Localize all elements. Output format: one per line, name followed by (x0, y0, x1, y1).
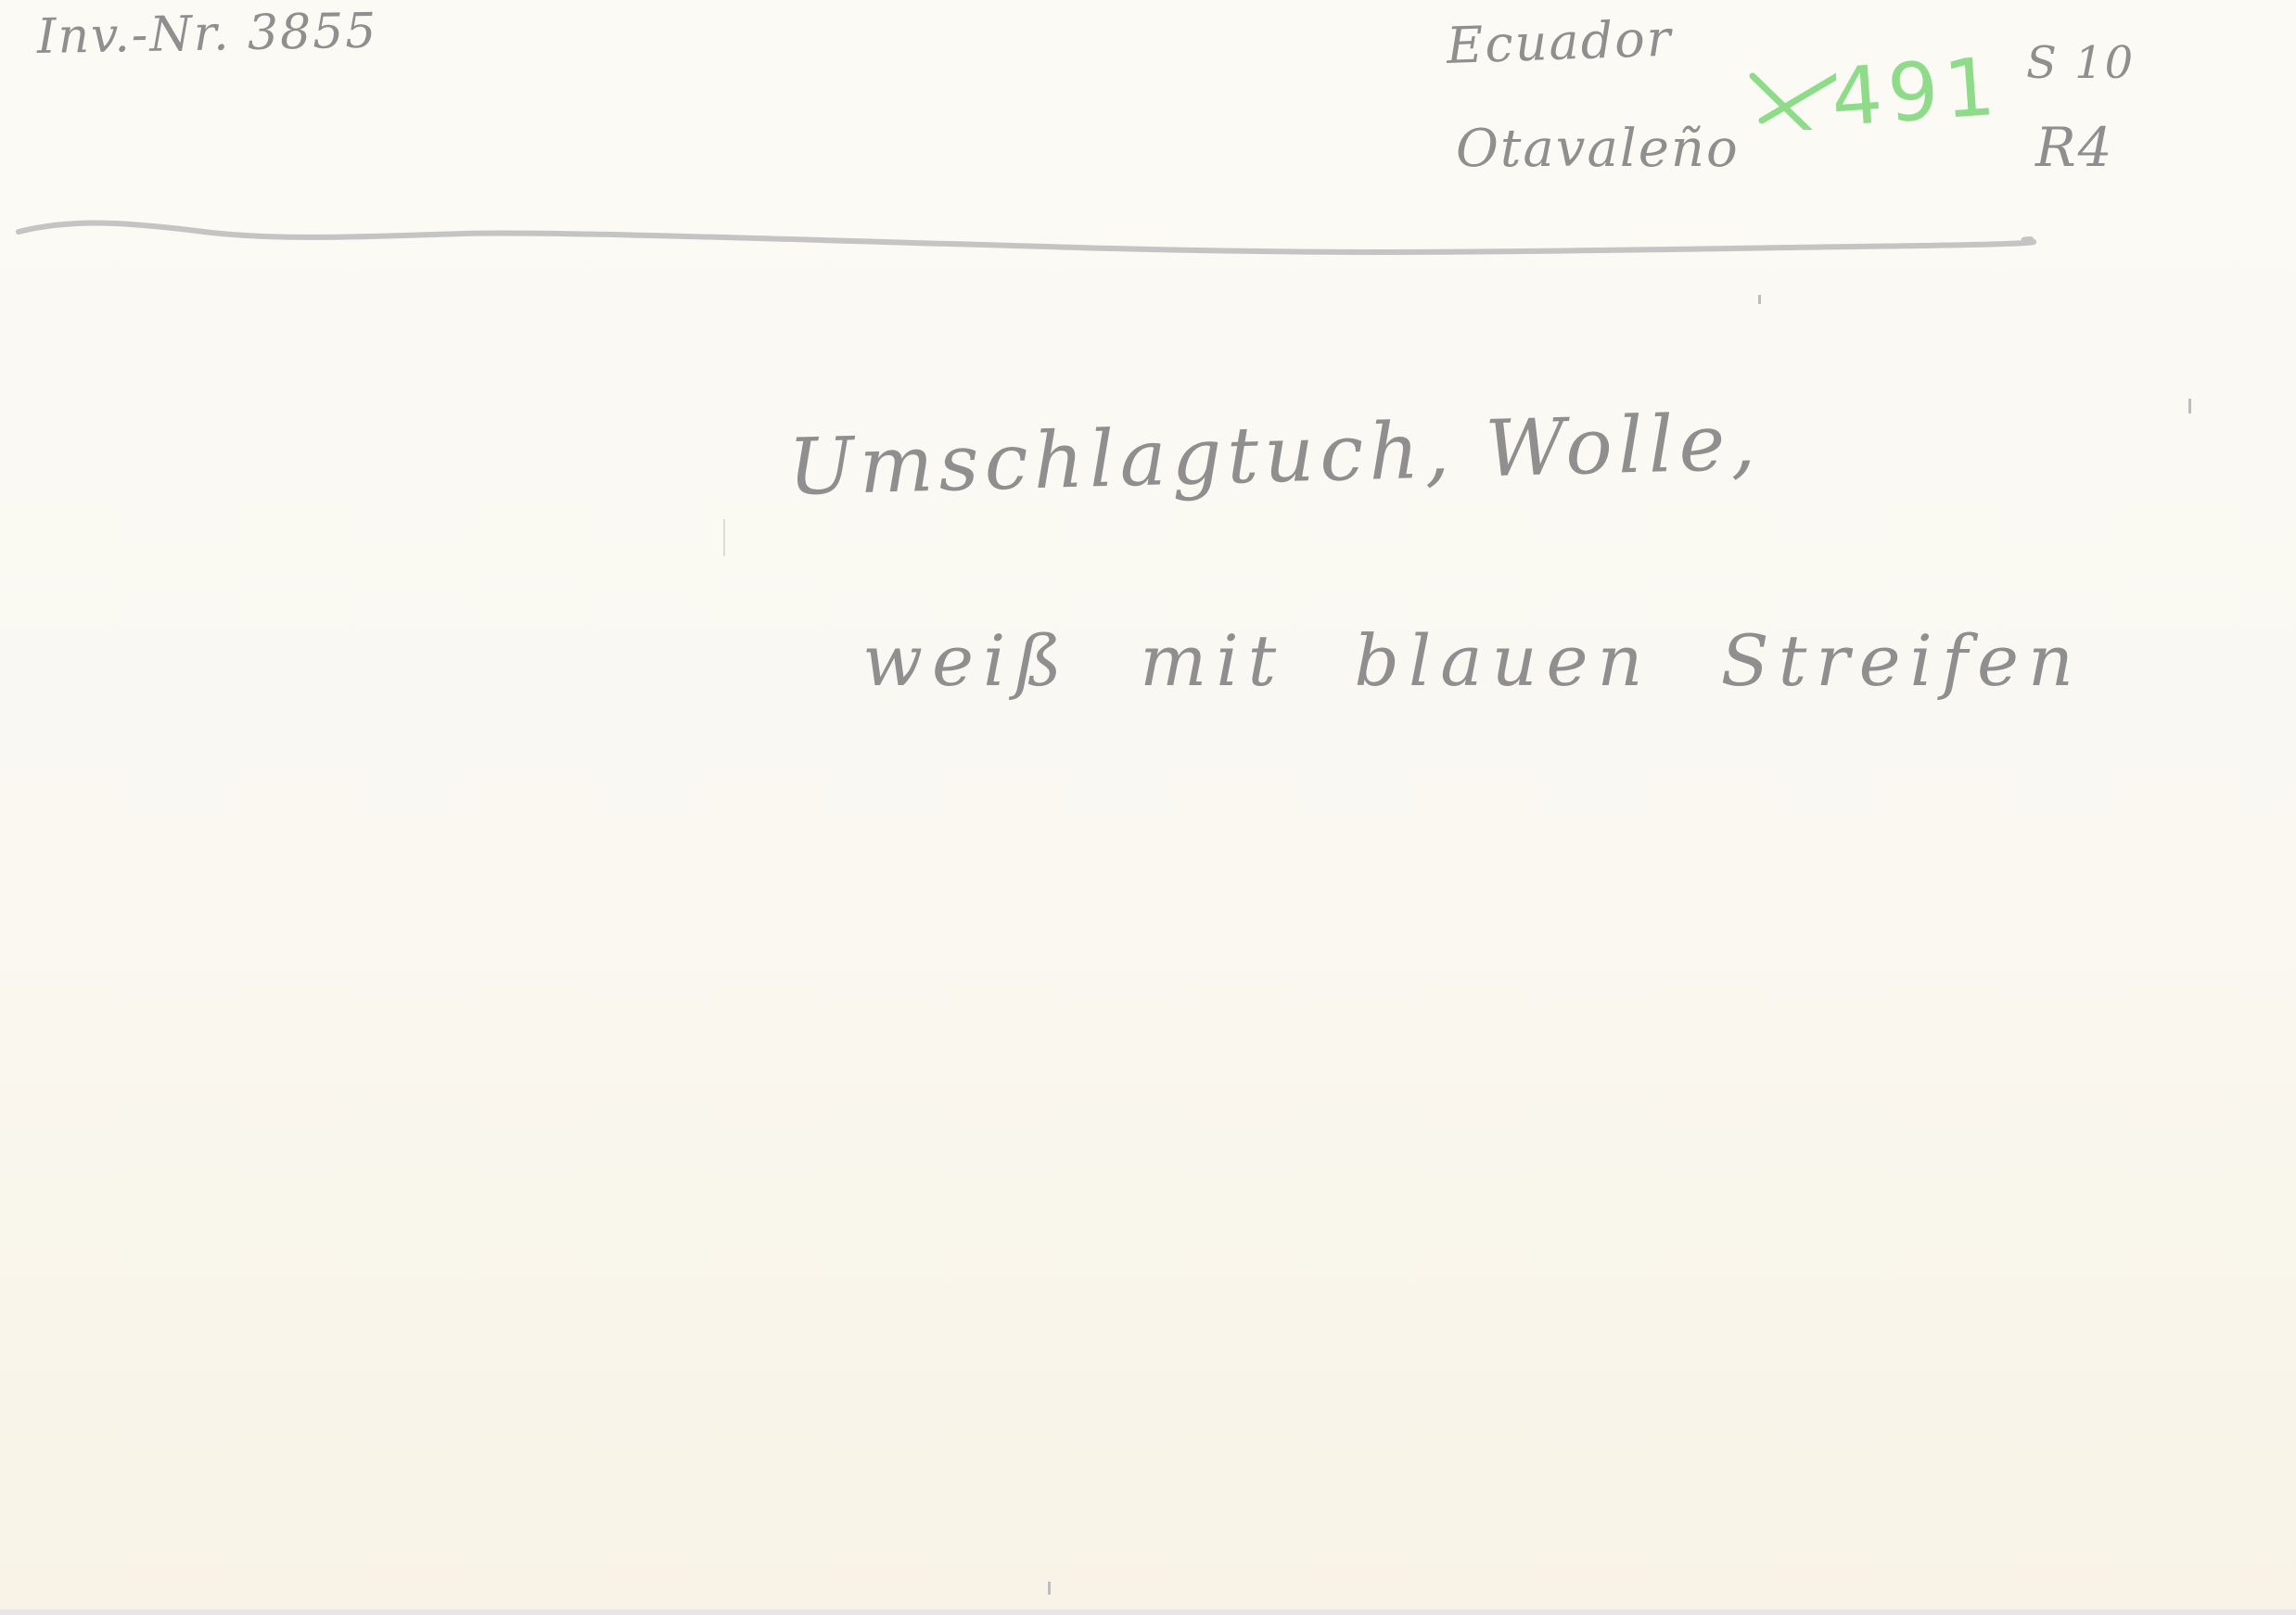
paper-fleck (1758, 295, 1761, 304)
shelf-code-bottom: R4 (2035, 116, 2114, 179)
description-line-2: weiß mit blauen Streifen (862, 619, 2083, 702)
pencil-divider-line (0, 213, 2296, 269)
country-label: Ecuador (1446, 9, 1674, 75)
scan-edge (0, 1609, 2296, 1615)
ethnic-group-label: Otavaleño (1456, 119, 1740, 179)
inventory-number: Inv.-Nr. 3855 (36, 4, 377, 65)
paper-fleck (2188, 399, 2191, 413)
green-cross-mark-icon (1743, 56, 1836, 130)
paper-fleck (723, 519, 725, 556)
description-line-1: Umschlagtuch, Wolle, (787, 397, 1762, 513)
paper-fleck (1048, 1582, 1051, 1595)
shelf-code-top: S 10 (2026, 37, 2135, 89)
index-card: Inv.-Nr. 3855 Ecuador Otavaleño 491 S 10… (0, 0, 2296, 1609)
green-catalog-number: 491 (1829, 41, 2004, 145)
